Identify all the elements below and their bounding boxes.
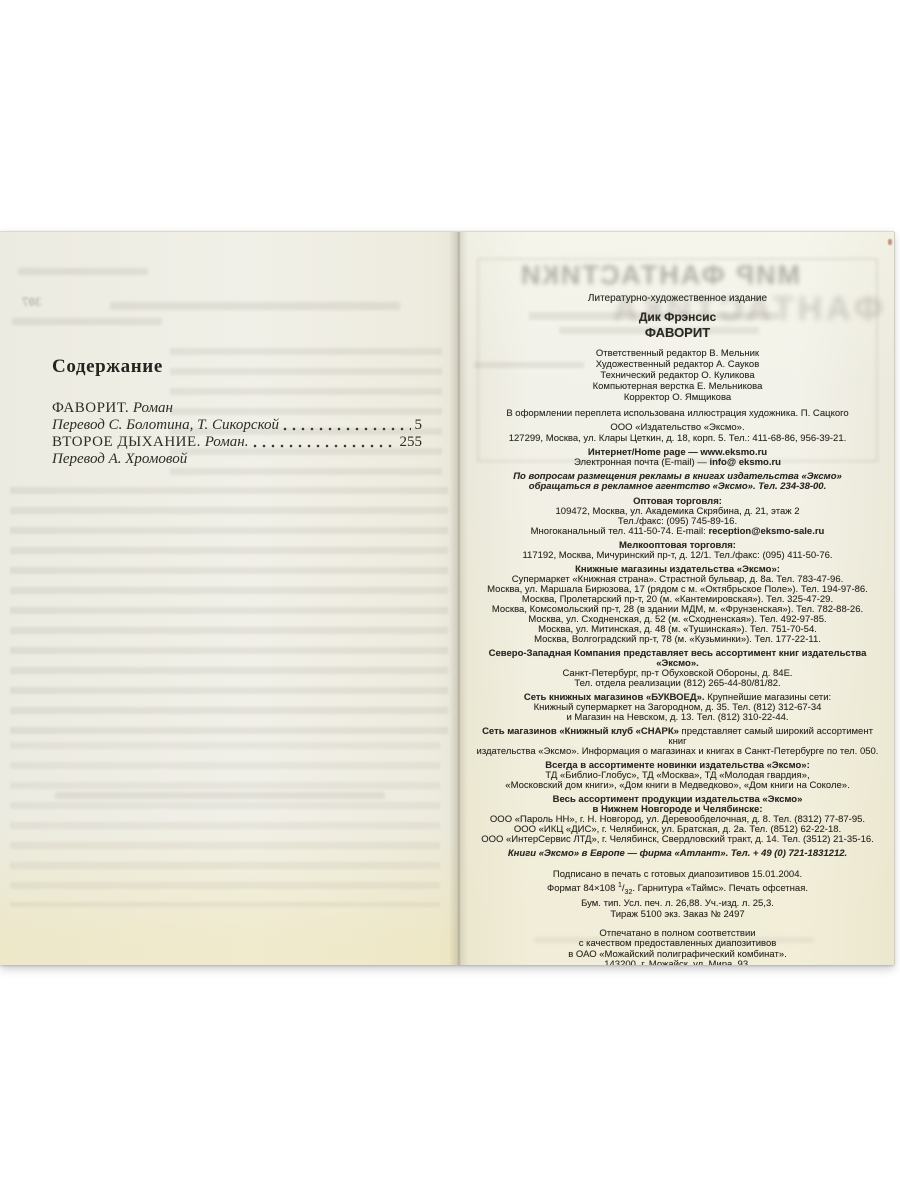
bleedthrough-line xyxy=(18,268,148,275)
small-wholesale-block: Мелкооптовая торговля: 117192, Москва, М… xyxy=(472,541,883,561)
toc-entry-title-row: ВТОРОЕ ДЫХАНИЕ. Роман. 255 xyxy=(52,434,422,451)
staff-line: Технический редактор О. Куликова xyxy=(472,370,883,381)
printed-at-block: Отпечатано в полном соответствии с качес… xyxy=(472,929,883,965)
cover-note: В оформлении переплета использована иллю… xyxy=(472,409,883,419)
staff-line: Компьютерная верстка Е. Мельникова xyxy=(472,381,883,392)
printed-at-line: 143200, г. Можайск, ул. Мира, 93. xyxy=(472,960,883,965)
toc-entry-translator: Перевод А. Хромовой xyxy=(52,451,187,468)
left-page: 307 Содержание ФАВОРИТ. Роман Перевод С.… xyxy=(0,232,459,965)
toc-entry-genre: Роман. xyxy=(205,434,249,451)
europe-line: Книги «Эксмо» в Европе — фирма «Атлант».… xyxy=(472,849,883,859)
publisher-address: 127299, Москва, ул. Клары Цеткин, д. 18,… xyxy=(472,434,883,444)
print-info-line: Формат 84×108 1/32. Гарнитура «Таймс». П… xyxy=(472,880,883,898)
staff-credits: Ответственный редактор В. Мельник Художе… xyxy=(472,348,883,403)
open-book-spread: 307 Содержание ФАВОРИТ. Роман Перевод С.… xyxy=(0,231,894,965)
staff-line: Ответственный редактор В. Мельник xyxy=(472,348,883,359)
toc-entry-translator-row: Перевод А. Хромовой xyxy=(52,451,422,468)
print-info-block: Подписано в печать с готовых диапозитиво… xyxy=(472,869,883,921)
toc-page-number: 5 xyxy=(415,417,423,434)
publisher-block: ООО «Издательство «Эксмо». 127299, Москв… xyxy=(472,423,883,443)
bleedthrough-line xyxy=(110,302,400,310)
bleedthrough-line xyxy=(12,318,162,325)
store-line: Москва, Волгоградский пр-т, 78 (м. «Кузь… xyxy=(472,635,883,645)
novelty-block: Всегда в ассортименте новинки издательст… xyxy=(472,761,883,791)
dot-leader xyxy=(253,434,396,451)
toc-heading: Содержание xyxy=(52,356,422,378)
wholesale-line: Многоканальный тел. 411-50-74. E-mail: r… xyxy=(472,527,883,537)
toc-entry-translator-row: Перевод С. Болотина, Т. Сикорской 5 xyxy=(52,417,422,434)
bukvoed-block: Сеть книжных магазинов «БУКВОЕД». Крупне… xyxy=(472,693,883,723)
bleedthrough-paragraph xyxy=(10,487,448,737)
toc-entry-genre: Роман xyxy=(133,400,173,417)
toc-entry-title: ВТОРОЕ ДЫХАНИЕ. xyxy=(52,434,201,451)
email-line: Электронная почта (E-mail) — info@ eksmo… xyxy=(472,458,883,468)
northwest-header: Северо-Западная Компания представляет ве… xyxy=(472,649,883,669)
snark-line: издательства «Эксмо». Информация о магаз… xyxy=(472,747,883,757)
sales-email: reception@eksmo-sale.ru xyxy=(708,526,824,537)
stores-block: Книжные магазины издательства «Эксмо»: С… xyxy=(472,565,883,645)
bleedthrough-paragraph xyxy=(10,742,440,907)
toc-entry-translator: Перевод С. Болотина, Т. Сикорской xyxy=(52,417,279,434)
wholesale-block: Оптовая торговля: 109472, Москва, ул. Ак… xyxy=(472,497,883,537)
northwest-block: Северо-Западная Компания представляет ве… xyxy=(472,649,883,689)
print-info-line: Тираж 5100 экз. Заказ № 2497 xyxy=(472,909,883,920)
toc-page-number: 255 xyxy=(400,434,423,451)
ads-note: По вопросам размещения рекламы в книгах … xyxy=(472,472,883,492)
email-address: info@ eksmo.ru xyxy=(709,457,781,468)
author-name: Дик Фрэнсис xyxy=(472,311,883,324)
snark-block: Сеть магазинов «Книжный клуб «СНАРК» пре… xyxy=(472,727,883,757)
edition-type: Литературно-художественное издание xyxy=(472,294,883,304)
staff-line: Корректор О. Ямщикова xyxy=(472,392,883,403)
contacts-block: Интернет/Home page — www.eksmo.ru Электр… xyxy=(472,448,883,468)
right-page: МИР ФАНТАСТИКИ ФАНТАСТИКА Литературно-ху… xyxy=(459,232,895,965)
book-gutter-crease xyxy=(449,232,468,965)
toc-entry-title: ФАВОРИТ. xyxy=(52,400,129,417)
table-of-contents: Содержание ФАВОРИТ. Роман Перевод С. Бол… xyxy=(52,356,422,468)
dot-leader xyxy=(283,417,410,434)
print-info-line: Бум. тип. Усл. печ. л. 26,88. Уч.-изд. л… xyxy=(472,898,883,909)
book-title: ФАВОРИТ xyxy=(472,326,883,340)
bleedthrough-line xyxy=(55,792,385,799)
northwest-line: Тел. отдела реализации (812) 265-44-80/8… xyxy=(472,679,883,689)
staff-line: Художественный редактор А. Сауков xyxy=(472,359,883,370)
novelty-line: «Московский дом книги», «Дом книги в Мед… xyxy=(472,781,883,791)
bleedthrough-page-number: 307 xyxy=(22,294,42,310)
bleedthrough-cover-title: МИР ФАНТАСТИКИ xyxy=(519,260,800,291)
toc-entry-title-row: ФАВОРИТ. Роман xyxy=(52,400,422,417)
regions-block: Весь ассортимент продукции издательства … xyxy=(472,795,883,845)
regions-line: ООО «ИнтерСервис ЛТД», г. Челябинск, Све… xyxy=(472,835,883,845)
small-wholesale-line: 117192, Москва, Мичуринский пр-т, д. 12/… xyxy=(472,551,883,561)
colophon: Литературно-художественное издание Дик Ф… xyxy=(472,294,883,965)
book-photo: 307 Содержание ФАВОРИТ. Роман Перевод С.… xyxy=(0,0,900,1200)
bukvoed-line: и Магазин на Невском, д. 13. Тел. (812) … xyxy=(472,713,883,723)
print-info-line: Подписано в печать с готовых диапозитиво… xyxy=(472,869,883,880)
snark-line: Сеть магазинов «Книжный клуб «СНАРК» пре… xyxy=(472,727,883,747)
paper-blemish xyxy=(888,239,892,245)
